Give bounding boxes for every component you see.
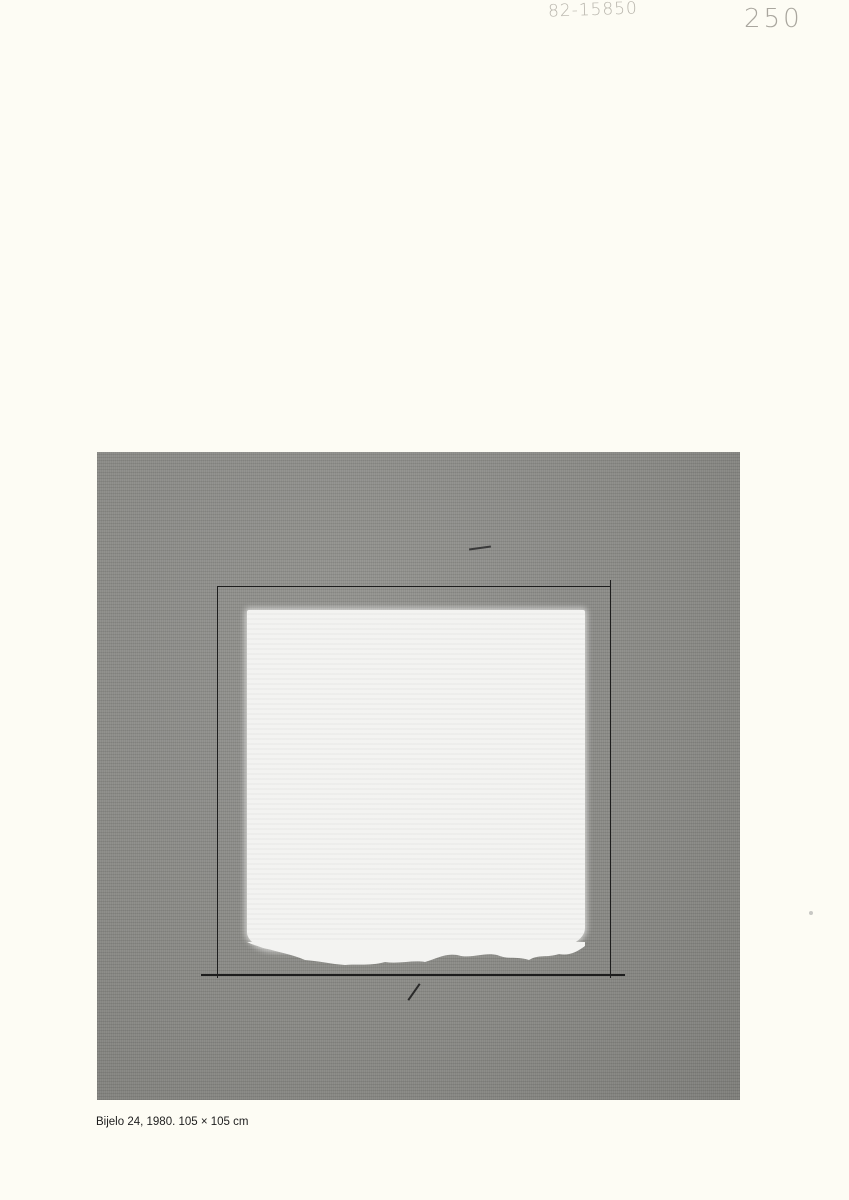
handwritten-reference-number: 82-15850	[548, 0, 639, 22]
artwork-image	[97, 452, 740, 1100]
pencil-mark	[469, 545, 491, 550]
frame-line-bottom	[201, 974, 625, 976]
pencil-mark	[407, 983, 420, 1001]
torn-edge	[247, 942, 585, 968]
white-woven-field	[247, 610, 585, 950]
artwork-caption: Bijelo 24, 1980. 105 × 105 cm	[96, 1116, 248, 1128]
frame-line-right	[610, 580, 611, 978]
frame-line-top	[217, 586, 611, 587]
frame-line-left	[217, 586, 218, 978]
paper-speck	[809, 911, 813, 915]
handwritten-page-number: 250	[744, 4, 803, 34]
